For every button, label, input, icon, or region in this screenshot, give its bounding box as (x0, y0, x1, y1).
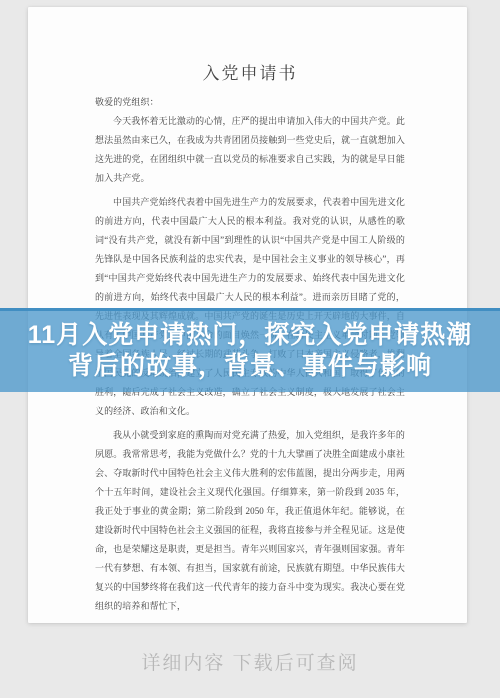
document-paragraph: 今天我怀着无比激动的心情，庄严的提出申请加入伟大的中国共产党。此想法虽然由来已久… (95, 112, 405, 188)
promo-banner-overlay: 11月入党申请热门，探究入党申请热潮 背后的故事，背景、事件与影响 (0, 308, 500, 392)
document-title: 入党申请书 (95, 60, 405, 88)
promo-banner-title-line2: 背后的故事，背景、事件与影响 (0, 351, 500, 382)
document-paragraph: 我从小就受到家庭的熏陶而对党充满了热爱，加入党组织，是我许多年的夙愿。我常常思考… (95, 426, 405, 616)
document-salutation: 敬爱的党组织： (95, 93, 405, 112)
download-hint-text: 详细内容 下载后可查阅 (0, 652, 500, 676)
promo-banner-title-line1: 11月入党申请热门，探究入党申请热潮 (0, 320, 500, 351)
